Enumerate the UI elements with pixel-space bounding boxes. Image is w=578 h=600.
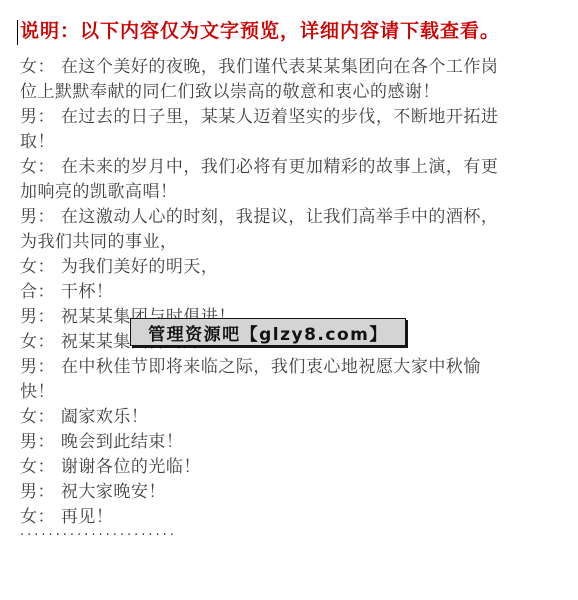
dialogue-line: 为我们共同的事业， bbox=[20, 230, 568, 255]
dialogue-line: 女： 为我们美好的明天， bbox=[20, 255, 568, 280]
dialogue-line: 合： 干杯！ bbox=[20, 280, 568, 305]
dialogue-line: 男： 祝大家晚安！ bbox=[20, 480, 568, 505]
dialogue-line: 取！ bbox=[20, 130, 568, 155]
dialogue-line: 女： 阖家欢乐！ bbox=[20, 405, 568, 430]
dialogue-line: 加响亮的凯歌高唱！ bbox=[20, 180, 568, 205]
dialogue-line: 男： 在中秋佳节即将来临之际，我们衷心地祝愿大家中秋愉 bbox=[20, 355, 568, 380]
dialogue-line: 位上默默奉献的同仁们致以崇高的敬意和衷心的感谢！ bbox=[20, 80, 568, 105]
dialogue-line: 男： 在过去的日子里，某某人迈着坚实的步伐，不断地开拓进 bbox=[20, 105, 568, 130]
watermark-box: 管理资源吧【glzy8.com】 bbox=[130, 318, 406, 346]
dialogue-line: 女： 在这个美好的夜晚，我们谨代表某某集团向在各个工作岗 bbox=[20, 55, 568, 80]
dialogue-line: 快！ bbox=[20, 380, 568, 405]
watermark-label: 管理资源吧【glzy8.com】 bbox=[148, 320, 388, 345]
dialogue-line: 男： 晚会到此结束！ bbox=[20, 430, 568, 455]
preview-notice: 说明：以下内容仅为文字预览，详细内容请下载查看。 bbox=[20, 17, 500, 45]
dialogue-line: 男： 在这激动人心的时刻，我提议，让我们高举手中的酒杯， bbox=[20, 205, 568, 230]
ellipsis-line: ······················ bbox=[20, 528, 177, 543]
dialogue-line: 女： 再见！ bbox=[20, 505, 568, 530]
dialogue-line: 女： 在未来的岁月中，我们必将有更加精彩的故事上演，有更 bbox=[20, 155, 568, 180]
dialogue-line: 女： 谢谢各位的光临！ bbox=[20, 455, 568, 480]
dialogue-lines: 女： 在这个美好的夜晚，我们谨代表某某集团向在各个工作岗位上默默奉献的同仁们致以… bbox=[20, 55, 568, 530]
text-cursor bbox=[17, 20, 18, 45]
